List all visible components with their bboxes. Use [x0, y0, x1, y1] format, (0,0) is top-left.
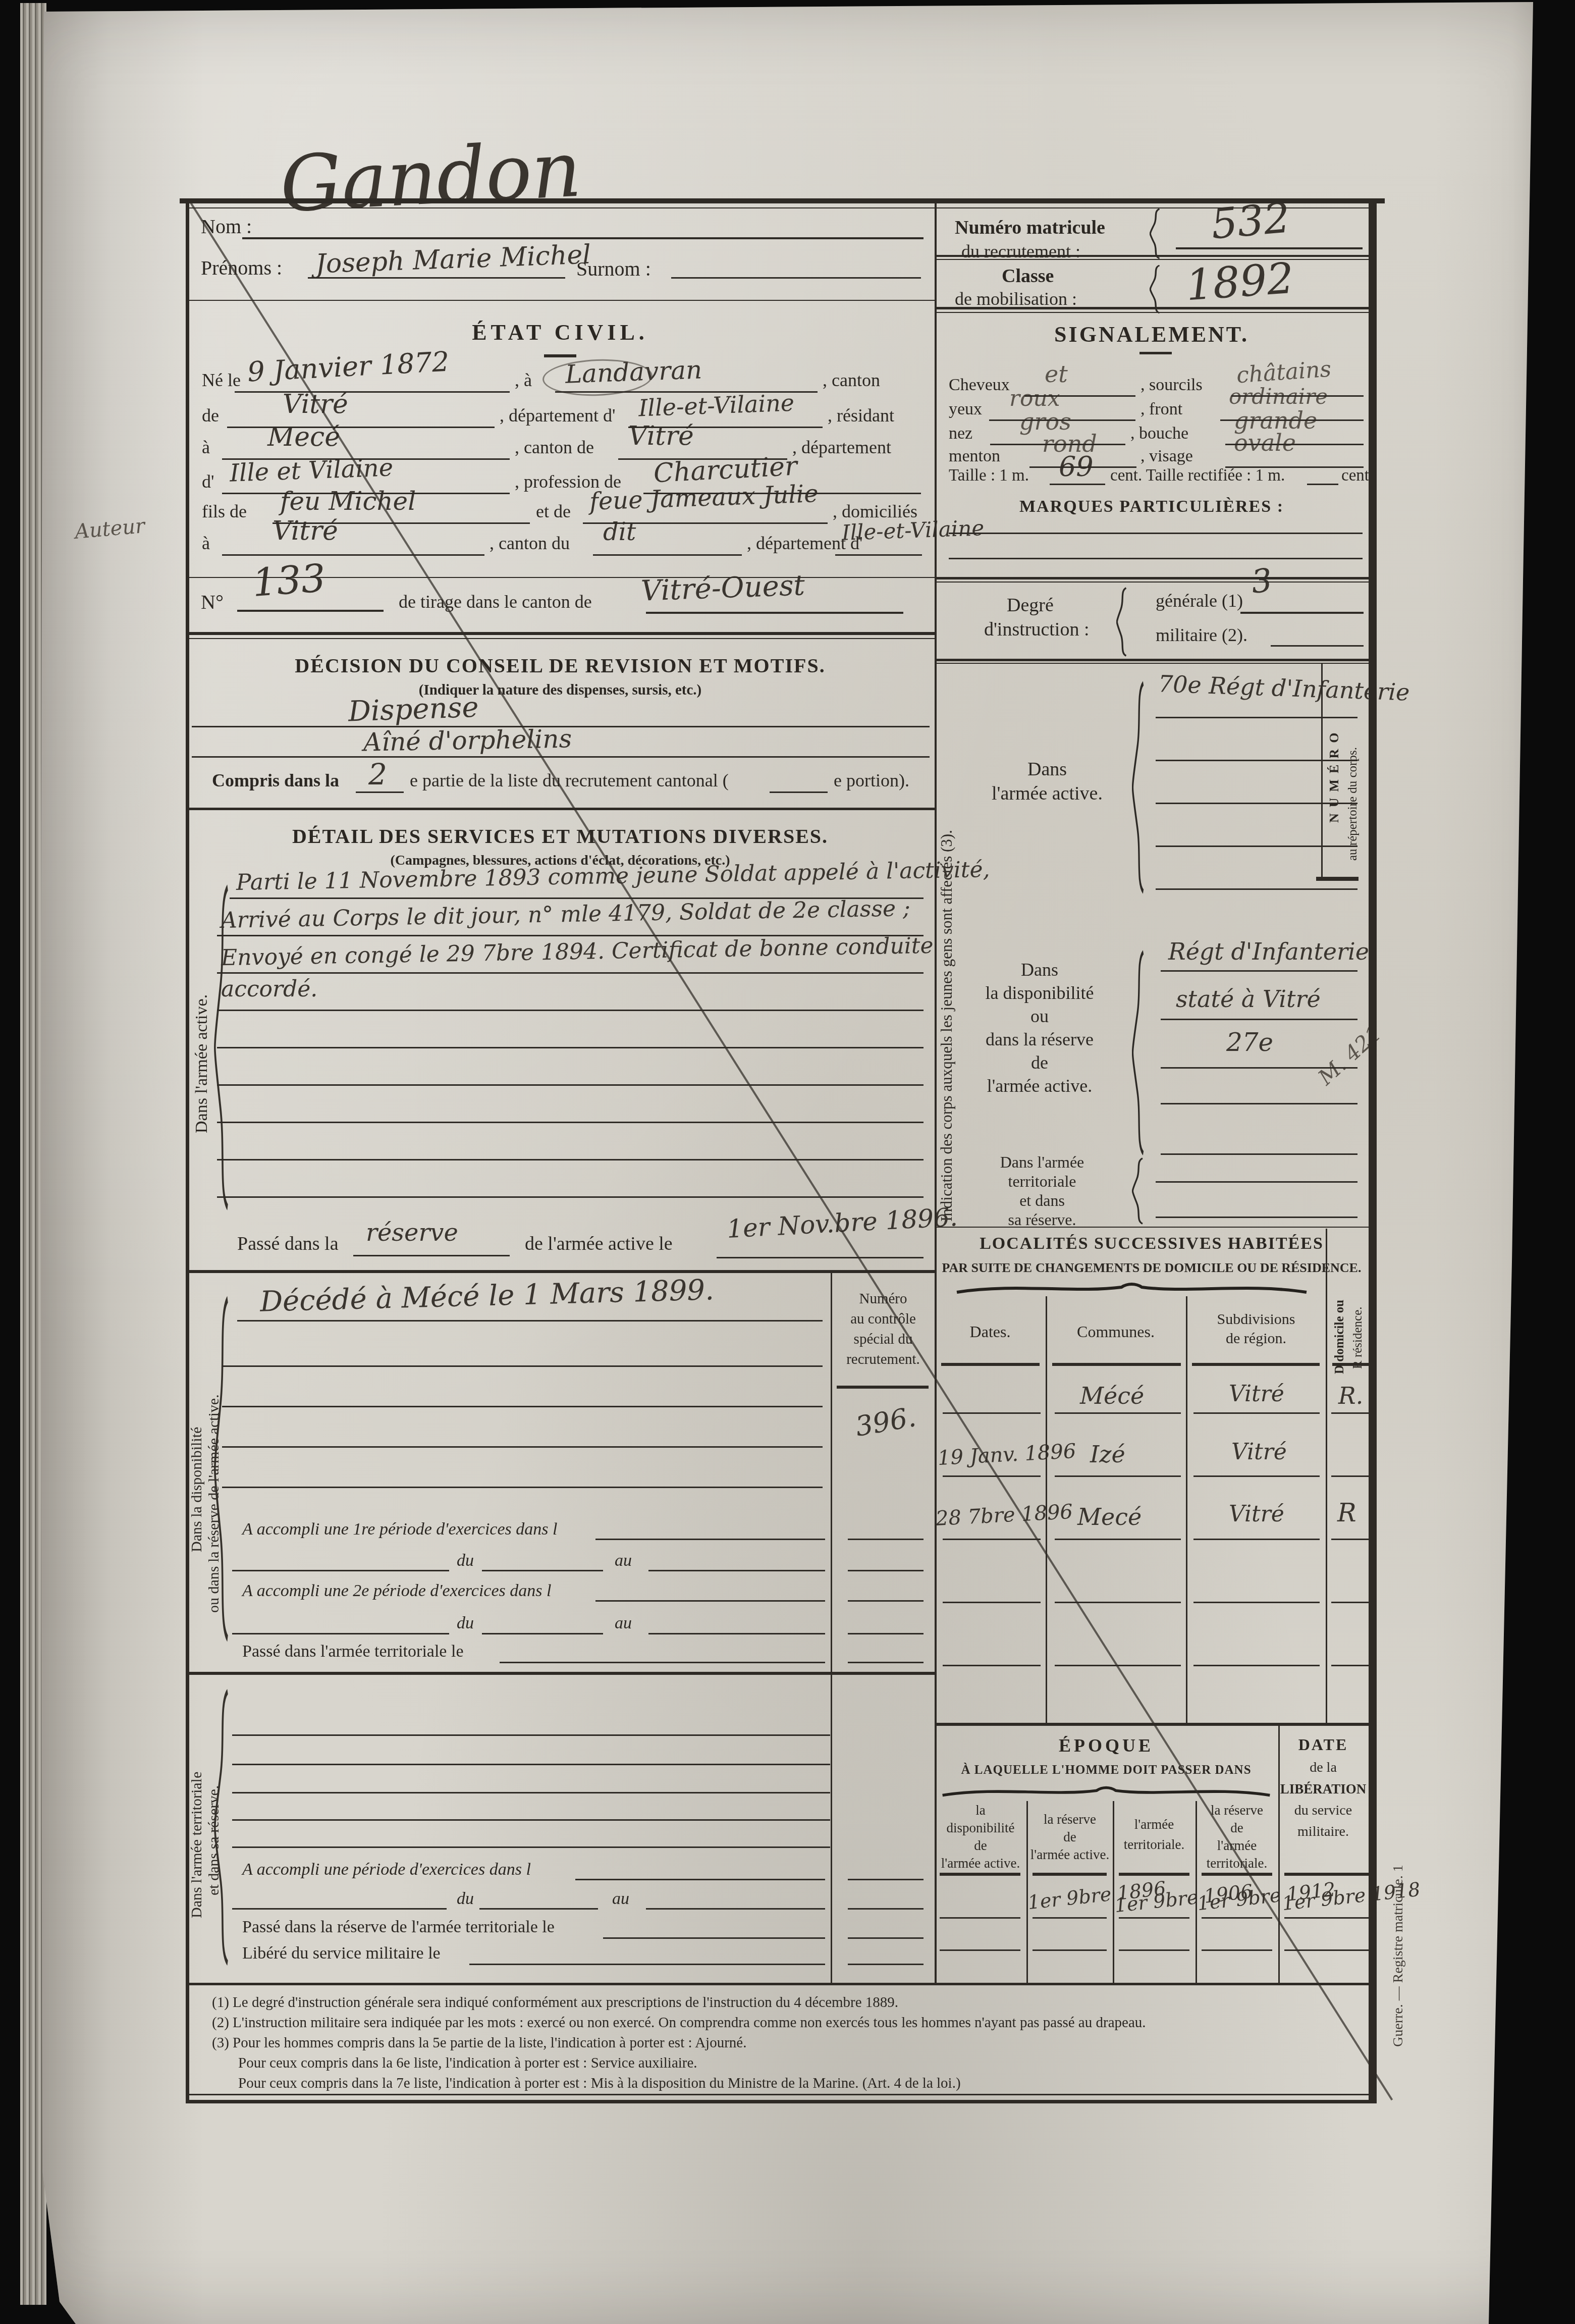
- ruled-line: [1231, 395, 1364, 397]
- terr-periode: A accompli une période d'exercices dans …: [242, 1861, 531, 1879]
- decision-compris-3: e portion).: [834, 771, 909, 790]
- ruled-line: [1156, 1181, 1357, 1183]
- ruled-line: [595, 1600, 825, 1602]
- ec-departement-value: Ille-et-Vilaine: [638, 391, 795, 420]
- classe-label-1: Classe: [1002, 267, 1054, 287]
- brace: [1132, 679, 1147, 896]
- ruled-line: [308, 277, 565, 279]
- corps-dispo-value-1: Régt d'Infanterie: [1168, 940, 1369, 963]
- ruled-line: [848, 1908, 924, 1910]
- footnote-5: Pour ceux compris dans la 7e liste, l'in…: [238, 2076, 961, 2091]
- ec-canton-value: Vitré: [283, 391, 348, 417]
- ruled-line: [1271, 645, 1364, 647]
- ruled-line: [235, 391, 510, 393]
- ruled-line: [1029, 466, 1136, 468]
- field-surnom-label: Surnom :: [576, 258, 651, 280]
- ruled-line: [217, 1196, 924, 1198]
- ruled-line: [469, 1964, 825, 1965]
- epoque-c2-l3: l'armée active.: [1030, 1847, 1109, 1862]
- decision-title: DÉCISION DU CONSEIL DE REVISION ET MOTIF…: [295, 655, 825, 676]
- ruled-line: [186, 577, 935, 578]
- etat-civil-title: ÉTAT CIVIL.: [472, 321, 648, 344]
- ruled-line: [186, 632, 935, 635]
- sig-cheveux: Cheveux: [949, 376, 1010, 394]
- ruled-line: [943, 1665, 1041, 1666]
- border-line: [1046, 1296, 1047, 1723]
- ruled-line: [648, 1633, 825, 1634]
- corps-dispo-label-2: la disponibilité: [986, 984, 1094, 1003]
- ec-dom-a-value: Vitré: [273, 518, 338, 544]
- controle-header-2: au contrôle: [850, 1311, 916, 1327]
- ruled-line: [949, 558, 1363, 559]
- ruled-line: [1307, 484, 1338, 485]
- ruled-line: [1331, 1475, 1372, 1477]
- ruled-line: [1161, 970, 1357, 972]
- corps-dispo-label-4: dans la réserve: [986, 1030, 1094, 1049]
- terr-side-caption-1: Dans l'armée territoriale: [189, 1772, 205, 1918]
- ruled-line: [242, 237, 924, 239]
- sig-menton: menton: [949, 447, 1000, 465]
- epoque-date-l3: LIBÉRATION: [1280, 1782, 1367, 1796]
- ruled-line: [186, 1672, 935, 1675]
- services-passe-1: Passé dans la: [237, 1234, 339, 1254]
- ruled-line: [575, 1879, 825, 1880]
- dispo-periode-1: A accompli une 1re période d'exercices d…: [242, 1520, 557, 1539]
- tirage-no-label: N°: [201, 592, 224, 613]
- ruled-line: [217, 1010, 924, 1011]
- border-line: [1026, 1801, 1028, 1983]
- ruled-line: [222, 493, 510, 494]
- dispo-periode-2: A accompli une 2e période d'exercices da…: [242, 1582, 551, 1600]
- terr-du: du: [457, 1890, 474, 1908]
- ruled-line: [628, 427, 823, 428]
- sig-yeux: yeux: [949, 400, 982, 418]
- ruled-line: [593, 554, 742, 556]
- ruled-line: [186, 207, 1375, 208]
- ruled-line: [646, 1908, 825, 1910]
- ruled-line: [848, 1662, 924, 1663]
- ec-dom-canton: , canton du: [490, 534, 570, 553]
- epoque-c2-l1: la réserve: [1044, 1812, 1096, 1826]
- epoque-c3-l1: l'armée: [1134, 1817, 1174, 1831]
- terr-passe-res: Passé dans la réserve de l'armée territo…: [242, 1918, 555, 1936]
- ruled-line: [222, 554, 484, 556]
- sig-yeux-value: roux: [1009, 388, 1060, 410]
- brace: [214, 1292, 232, 1646]
- dispo-du-1: du: [457, 1552, 474, 1570]
- ruled-line: [273, 522, 530, 524]
- corps-terr-label-3: et dans: [1019, 1192, 1065, 1209]
- ruled-line: [648, 1570, 825, 1571]
- ec-dept2-value: Ille et Vilaine: [229, 455, 394, 485]
- ruled-line: [1161, 1103, 1357, 1104]
- ruled-line: [232, 1792, 830, 1793]
- services-line-3: Envoyé en congé le 29 7bre 1894. Certifi…: [221, 935, 934, 970]
- ruled-line: [232, 1908, 447, 1910]
- sig-taille-mid: cent. Taille rectifiée : 1 m.: [1110, 467, 1285, 485]
- services-passe-value-2: 1er Nov.bre 1896.: [726, 1204, 958, 1242]
- epoque-c4-l4: territoriale.: [1207, 1856, 1268, 1870]
- localites-col-dr-2: R résidence.: [1351, 1306, 1365, 1369]
- ruled-line: [555, 391, 818, 393]
- epoque-c4-l2: de: [1230, 1821, 1243, 1835]
- dispo-side-caption-1: Dans la disponibilité: [189, 1427, 205, 1552]
- localites-row-commune: Izé: [1090, 1443, 1125, 1466]
- epoque-c3-l2: territoriale.: [1124, 1837, 1185, 1852]
- ruled-line: [186, 300, 935, 301]
- epoque-title: ÉPOQUE: [1059, 1736, 1154, 1756]
- ruled-line: [217, 972, 924, 974]
- ruled-line: [1225, 444, 1364, 445]
- ruled-line: [990, 444, 1125, 445]
- sig-taille: Taille : 1 m.: [949, 467, 1029, 485]
- ruled-line: [989, 419, 1135, 421]
- ruled-line: [848, 1600, 924, 1602]
- ruled-line: [186, 808, 935, 810]
- ruled-line: [848, 1539, 924, 1540]
- corps-terr-label-2: territoriale: [1008, 1173, 1076, 1190]
- epoque-c1-l4: l'armée active.: [941, 1856, 1020, 1870]
- brace: [1150, 208, 1163, 259]
- ruled-line: [1139, 352, 1172, 354]
- border-line: [1196, 1801, 1197, 1983]
- ruled-line: [848, 1633, 924, 1634]
- controle-header-1: Numéro: [859, 1291, 907, 1306]
- ruled-line: [603, 1937, 825, 1939]
- ruled-line: [935, 255, 1376, 257]
- ruled-line: [848, 1879, 924, 1880]
- brace: [1132, 1157, 1146, 1225]
- brace: [214, 1686, 232, 1969]
- localites-row-sub: Vitré: [1231, 1441, 1287, 1463]
- ruled-line: [356, 791, 404, 793]
- sig-visage: , visage: [1140, 447, 1193, 465]
- ruled-line: [1055, 1665, 1181, 1666]
- ec-mere-value: feue Jameaux Julie: [589, 482, 819, 514]
- ruled-line: [1192, 1363, 1320, 1366]
- ruled-line: [1193, 1412, 1320, 1414]
- ruled-line: [232, 1570, 449, 1571]
- ruled-line: [217, 1084, 924, 1086]
- corps-terr-label-1: Dans l'armée: [1000, 1154, 1084, 1171]
- ruled-line: [217, 1122, 924, 1123]
- ec-dept2: d': [202, 472, 214, 492]
- ruled-line: [595, 1539, 825, 1540]
- ruled-line: [1284, 1949, 1369, 1951]
- classe-value: 1892: [1184, 257, 1295, 307]
- ruled-line: [186, 1983, 1376, 1985]
- controle-header-3: spécial du: [854, 1332, 913, 1347]
- footnote-1: (1) Le degré d'instruction générale sera…: [212, 1995, 898, 2010]
- dispo-au-1: au: [615, 1552, 632, 1570]
- ruled-line: [1055, 1475, 1181, 1477]
- epoque-date-l1: DATE: [1298, 1736, 1348, 1754]
- services-passe-value-1: réserve: [366, 1221, 458, 1245]
- ruled-line: [186, 2100, 1376, 2103]
- ruled-line: [217, 1047, 924, 1048]
- ruled-line: [1331, 1665, 1372, 1666]
- sig-cheveux-value: et: [1045, 362, 1068, 386]
- services-title: DÉTAIL DES SERVICES ET MUTATIONS DIVERSE…: [292, 826, 828, 847]
- ruled-line: [1284, 1917, 1369, 1919]
- ruled-line: [1156, 717, 1357, 718]
- dispo-du-2: du: [457, 1614, 474, 1632]
- corps-dispo-label-1: Dans: [1021, 961, 1058, 980]
- decision-motif-1: Dispense: [348, 694, 479, 726]
- localites-row-commune: Mécé: [1080, 1384, 1144, 1407]
- instruction-generale: générale (1): [1156, 592, 1243, 611]
- terr-au: au: [612, 1890, 629, 1908]
- controle-header-4: recrutement.: [846, 1352, 920, 1367]
- services-line-4: accordé.: [221, 978, 317, 1000]
- ruled-line: [848, 1964, 924, 1965]
- ruled-line: [186, 2094, 1376, 2095]
- ec-dom-a: à: [202, 534, 210, 553]
- sig-visage-value: ovale: [1234, 431, 1296, 454]
- ruled-line: [935, 312, 1376, 313]
- services-line-2: Arrivé au Corps le dit jour, n° mle 4179…: [221, 897, 911, 932]
- ec-de: de: [202, 406, 219, 426]
- ruled-line: [1156, 846, 1357, 847]
- ruled-line: [500, 1662, 825, 1663]
- ruled-line: [1161, 1019, 1357, 1020]
- ec-et-de: et de: [536, 502, 571, 521]
- register-sheet: Gandon Nom : Prénoms : Joseph Marie Mich…: [0, 0, 1575, 2324]
- ruled-line: [353, 1255, 510, 1256]
- instruction-label-1: Degré: [1007, 596, 1054, 616]
- ruled-line: [848, 1937, 924, 1939]
- ruled-line: [935, 1227, 1376, 1228]
- ruled-line: [1055, 1539, 1181, 1540]
- field-prenoms-value: Joseph Marie Michel: [315, 241, 591, 277]
- decision-compris-value: 2: [368, 760, 387, 789]
- ruled-line: [1156, 760, 1357, 761]
- ruled-line: [222, 1365, 823, 1367]
- services-passe-2: de l'armée active le: [525, 1234, 673, 1254]
- ruled-line: [935, 259, 1376, 260]
- ruled-line: [186, 1270, 935, 1273]
- localites-row-dr: R.: [1338, 1384, 1363, 1407]
- ruled-line: [770, 791, 828, 793]
- ruled-line: [1284, 1873, 1369, 1876]
- ruled-line: [186, 638, 935, 639]
- corps-dispo-value-3: 27e: [1226, 1030, 1273, 1055]
- ruled-line: [180, 198, 1385, 203]
- ruled-line: [583, 522, 828, 524]
- sig-sourcils-value: châtains: [1236, 358, 1332, 387]
- localites-row-date: 19 Janv. 1896: [937, 1441, 1076, 1468]
- sig-front-value: ordinaire: [1229, 386, 1328, 407]
- ruled-line: [1033, 1949, 1107, 1951]
- ruled-line: [935, 307, 1376, 309]
- ruled-line: [1156, 803, 1357, 804]
- ruled-line: [1202, 1873, 1272, 1876]
- ruled-line: [1033, 1917, 1107, 1919]
- ruled-line: [935, 659, 1376, 661]
- ruled-line: [1331, 1412, 1372, 1414]
- ec-res-a: à: [202, 438, 210, 457]
- ruled-line: [943, 1475, 1041, 1477]
- footnote-4: Pour ceux compris dans la 6e liste, l'in…: [238, 2055, 697, 2071]
- controle-value: 396.: [853, 1403, 918, 1441]
- ec-ne-le-value: 9 Janvier 1872: [247, 348, 450, 386]
- ruled-line: [222, 1446, 823, 1448]
- corps-terr-label-4: sa réserve.: [1008, 1211, 1076, 1229]
- sig-nez: nez: [949, 425, 972, 443]
- decision-compris-1: Compris dans la: [212, 771, 339, 790]
- sig-marques-title: MARQUES PARTICULIÈRES :: [1019, 498, 1284, 516]
- ruled-line: [837, 1386, 929, 1389]
- ruled-line: [1161, 1067, 1357, 1069]
- ruled-line: [1050, 484, 1105, 485]
- ruled-line: [1156, 888, 1357, 890]
- deces-note: Décédé à Mécé le 1 Mars 1899.: [259, 1276, 714, 1316]
- terr-libere: Libéré du service militaire le: [242, 1944, 441, 1963]
- ruled-line: [1193, 1602, 1320, 1603]
- ruled-line: [222, 1406, 823, 1407]
- ruled-line: [1193, 1665, 1320, 1666]
- ruled-line: [230, 897, 924, 899]
- ruled-line: [232, 1846, 830, 1848]
- matricule-label-1: Numéro matricule: [955, 218, 1105, 238]
- ec-res-dept: , département: [792, 438, 891, 457]
- marginal-note: Auteur: [74, 516, 146, 542]
- corps-active-label-1: Dans: [1027, 760, 1067, 780]
- localites-row-sub: Vitré: [1229, 1503, 1284, 1525]
- ec-ne-le: Né le: [202, 371, 241, 390]
- repertoire-header-1: NUMÉRO: [1327, 727, 1341, 823]
- ruled-line: [482, 1570, 603, 1571]
- border-line: [1186, 1296, 1187, 1723]
- tirage-label: de tirage dans le canton de: [399, 593, 592, 612]
- matricule-value: 532: [1210, 197, 1292, 245]
- ruled-line: [482, 1633, 603, 1634]
- corps-dispo-value-2: staté à Vitré: [1176, 987, 1321, 1011]
- ruled-line: [643, 493, 921, 494]
- ruled-line: [237, 1320, 823, 1322]
- corps-dispo-label-5: de: [1031, 1053, 1048, 1073]
- epoque-subtitle: À LAQUELLE L'HOMME DOIT PASSER DANS: [961, 1764, 1251, 1777]
- ruled-line: [717, 1257, 924, 1258]
- ec-departement: , département d': [500, 406, 615, 426]
- instruction-militaire: militaire (2).: [1156, 626, 1247, 645]
- ruled-line: [646, 612, 903, 614]
- ruled-line: [1225, 466, 1364, 468]
- ruled-line: [618, 458, 787, 460]
- localites-title: LOCALITÉS SUCCESSIVES HABITÉES: [980, 1235, 1324, 1253]
- ruled-line: [232, 1764, 830, 1765]
- ruled-line: [1331, 1539, 1372, 1540]
- ruled-line: [232, 1734, 830, 1736]
- border-line: [935, 198, 937, 1984]
- ruled-line: [1331, 1602, 1372, 1603]
- ruled-line: [192, 756, 930, 758]
- ruled-line: [935, 577, 1376, 579]
- epoque-date-l5: militaire.: [1297, 1824, 1349, 1839]
- ruled-line: [1161, 1153, 1357, 1155]
- sig-bouche: , bouche: [1130, 425, 1188, 443]
- ruled-line: [935, 1723, 1376, 1726]
- epoque-date-l4: du service: [1294, 1803, 1352, 1818]
- ec-residant: , résidant: [828, 406, 894, 426]
- epoque-c4-l3: l'armée: [1217, 1838, 1257, 1853]
- ruled-line: [671, 277, 921, 279]
- localites-col-sub-1: Subdivisions: [1217, 1311, 1295, 1328]
- border-line: [1321, 664, 1323, 881]
- sig-sourcils: , sourcils: [1140, 376, 1203, 394]
- ruled-line: [1202, 1949, 1272, 1951]
- footnote-2: (2) L'instruction militaire sera indiqué…: [212, 2015, 1146, 2030]
- epoque-date-l2: de la: [1310, 1760, 1337, 1775]
- corps-side-caption: Indication des corps auxquels les jeunes…: [939, 830, 955, 1222]
- ruled-line: [237, 610, 384, 612]
- ruled-line: [940, 1949, 1020, 1951]
- border-line: [1369, 198, 1377, 2103]
- ruled-line: [848, 1570, 924, 1571]
- ruled-line: [217, 1159, 924, 1160]
- epoque-c1-l1: la: [975, 1803, 986, 1817]
- ruled-line: [943, 1602, 1041, 1603]
- epoque-c1-l2: disponibilité: [947, 1821, 1015, 1835]
- field-nom-value: Gandon: [278, 131, 583, 223]
- dispo-passe-terr: Passé dans l'armée territoriale le: [242, 1643, 464, 1661]
- dispo-au-2: au: [615, 1614, 632, 1632]
- border-line: [1326, 1229, 1327, 1723]
- ruled-line: [1119, 1873, 1189, 1876]
- border-line: [1278, 1723, 1280, 1983]
- ruled-line: [940, 1873, 1020, 1876]
- instruction-label-2: d'instruction :: [984, 620, 1089, 640]
- ruled-line: [479, 1908, 598, 1910]
- footnote-3: (3) Pour les hommes compris dans la 5e p…: [212, 2035, 746, 2050]
- ruled-line: [1033, 1873, 1107, 1876]
- scanned-register-photo: Gandon Nom : Prénoms : Joseph Marie Mich…: [0, 0, 1575, 2324]
- ruled-line: [1240, 612, 1364, 614]
- ruled-line: [1193, 1475, 1320, 1477]
- localites-row-dr: R: [1337, 1500, 1356, 1525]
- border-line: [1113, 1801, 1114, 1983]
- ruled-line: [1332, 1363, 1371, 1366]
- ruled-line: [935, 663, 1376, 664]
- ruled-line: [835, 554, 922, 556]
- ruled-line: [1202, 1917, 1272, 1919]
- epoque-c1-l3: de: [974, 1838, 987, 1853]
- corps-dispo-label-6: l'armée active.: [987, 1077, 1092, 1096]
- ec-dom-dept-value: Ille-et-Vilaine: [841, 517, 985, 544]
- localites-col-sub-2: de région.: [1226, 1331, 1286, 1347]
- ruled-line: [1052, 1363, 1181, 1366]
- field-nom-label: Nom :: [201, 216, 252, 237]
- ruled-line: [949, 533, 1363, 534]
- localites-col-communes: Communes.: [1077, 1324, 1155, 1341]
- brace: [1116, 587, 1129, 657]
- ruled-line: [943, 1412, 1041, 1414]
- ruled-line: [222, 1487, 823, 1488]
- ec-res-canton: , canton de: [515, 438, 594, 457]
- localites-subtitle: PAR SUITE DE CHANGEMENTS DE DOMICILE OU …: [942, 1261, 1362, 1275]
- ruled-line: [943, 1539, 1041, 1540]
- ruled-line: [940, 1917, 1020, 1919]
- ruled-line: [222, 458, 510, 460]
- ruled-line: [1055, 1602, 1181, 1603]
- localites-row-date: 28 7bre 1896: [935, 1502, 1073, 1529]
- ruled-line: [544, 354, 576, 357]
- ruled-line: [1055, 1412, 1181, 1414]
- tirage-no-value: 133: [251, 559, 327, 602]
- header-swash: [954, 1281, 1310, 1295]
- decision-motif-2: Aîné d'orphelins: [363, 726, 572, 755]
- border-line: [831, 1271, 832, 1983]
